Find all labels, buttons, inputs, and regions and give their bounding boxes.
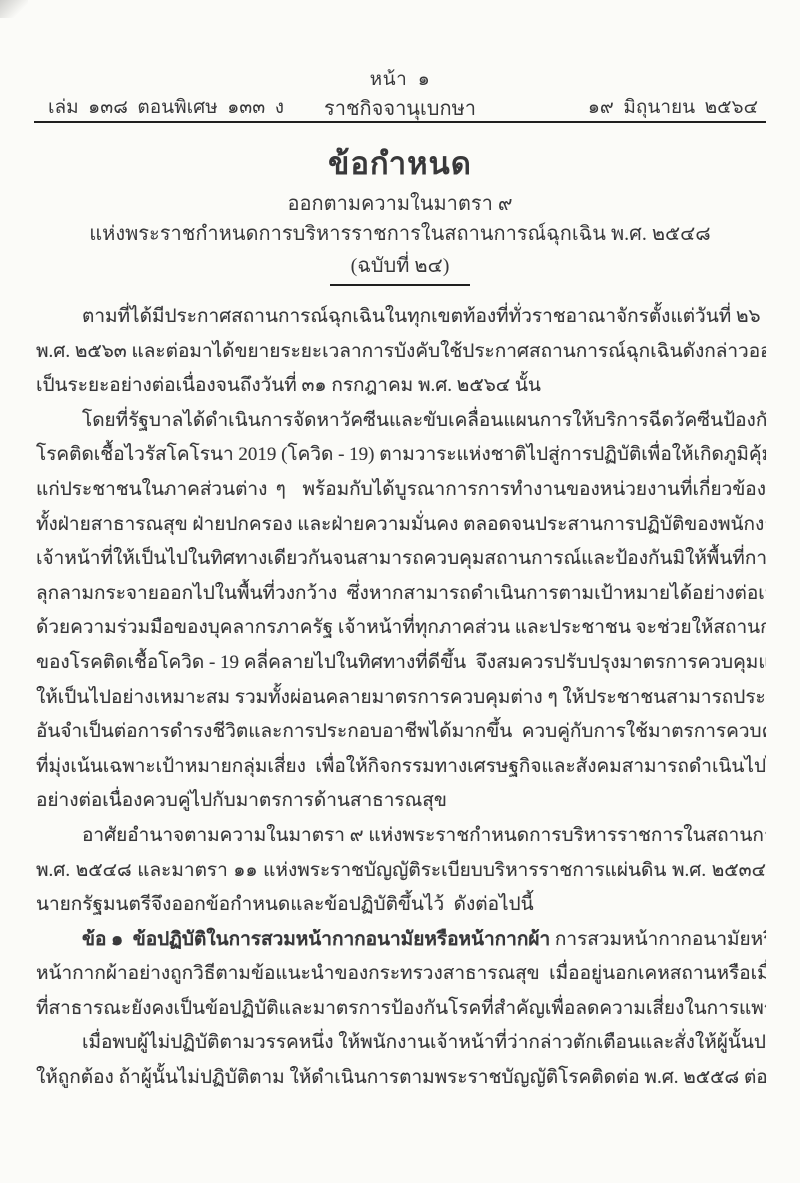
text-line: หน้ากากผ้าอย่างถูกวิธีตามข้อแนะนำของกระท…	[36, 957, 766, 992]
text-line: ของโรคติดเชื้อโควิด - 19 คลี่คลายไปในทิศ…	[36, 646, 766, 681]
text-line: ให้เป็นไปอย่างเหมาะสม รวมทั้งผ่อนคลายมาต…	[36, 681, 766, 716]
text-line: อันจำเป็นต่อการดำรงชีวิตและการประกอบอาชี…	[36, 715, 766, 750]
text-line: เมื่อพบผู้ไม่ปฏิบัติตามวรรคหนึ่ง ให้พนัก…	[36, 1026, 766, 1061]
header-rule	[34, 121, 766, 123]
text-line: แก่ประชาชนในภาคส่วนต่าง ๆ พร้อมกับได้บูร…	[36, 473, 766, 508]
text-line: ที่มุ่งเน้นเฉพาะเป้าหมายกลุ่มเสี่ยง เพื่…	[36, 750, 766, 785]
text-line: เจ้าหน้าที่ให้เป็นไปในทิศทางเดียวกันจนสา…	[36, 542, 766, 577]
gazette-page: หน้า ๑ เล่ม ๑๓๘ ตอนพิเศษ ๑๓๓ ง ราชกิจจาน…	[0, 0, 800, 1183]
text-line: ทั้งฝ่ายสาธารณสุข ฝ่ายปกครอง และฝ่ายความ…	[36, 508, 766, 543]
scan-smudge	[0, 0, 28, 18]
document-body: ตามที่ได้มีประกาศสถานการณ์ฉุกเฉินในทุกเข…	[36, 300, 766, 1096]
text-line: พ.ศ. ๒๕๖๓ และต่อมาได้ขยายระยะเวลาการบังค…	[36, 335, 766, 370]
text-line: ลุกลามกระจายออกไปในพื้นที่วงกว้าง ซึ่งหา…	[36, 577, 766, 612]
volume-issue-label: เล่ม ๑๓๘ ตอนพิเศษ ๑๓๓ ง	[48, 92, 284, 122]
gazette-name: ราชกิจจานุเบกษา	[324, 92, 476, 124]
text-line: ตามที่ได้มีประกาศสถานการณ์ฉุกเฉินในทุกเข…	[36, 300, 766, 335]
title-divider-rule	[330, 284, 470, 286]
publication-date: ๑๙ มิถุนายน ๒๕๖๔	[588, 92, 758, 122]
clause-heading: ข้อ ๑ ข้อปฏิบัติในการสวมหน้ากากอนามัยหรื…	[82, 929, 550, 950]
text-line: ด้วยความร่วมมือของบุคลากรภาครัฐ เจ้าหน้า…	[36, 611, 766, 646]
text-line: อาศัยอำนาจตามความในมาตรา ๙ แห่งพระราชกำห…	[36, 819, 766, 854]
masthead-row: เล่ม ๑๓๘ ตอนพิเศษ ๑๓๓ ง ราชกิจจานุเบกษา …	[36, 92, 764, 118]
clause-text: การสวมหน้ากากอนามัยหรือ	[550, 929, 766, 950]
text-line: พ.ศ. ๒๕๔๘ และมาตรา ๑๑ แห่งพระราชบัญญัติร…	[36, 854, 766, 889]
text-line: นายกรัฐมนตรีจึงออกข้อกำหนดและข้อปฏิบัติข…	[36, 888, 766, 923]
text-line: เป็นระยะอย่างต่อเนื่องจนถึงวันที่ ๓๑ กรก…	[36, 369, 766, 404]
text-line: ที่สาธารณะยังคงเป็นข้อปฏิบัติและมาตรการป…	[36, 992, 766, 1027]
title-subline-issue-no: (ฉบับที่ ๒๔)	[0, 249, 800, 281]
title-subline-act: แห่งพระราชกำหนดการบริหารราชการในสถานการณ…	[0, 217, 800, 249]
text-line: โดยที่รัฐบาลได้ดำเนินการจัดหาวัคซีนและขั…	[36, 404, 766, 439]
document-title: ข้อกำหนด	[0, 138, 800, 188]
title-subline-section: ออกตามความในมาตรา ๙	[0, 187, 800, 219]
text-line: ให้ถูกต้อง ถ้าผู้นั้นไม่ปฏิบัติตาม ให้ดำ…	[36, 1061, 766, 1096]
page-number-label: หน้า ๑	[0, 64, 800, 94]
text-line: ข้อ ๑ ข้อปฏิบัติในการสวมหน้ากากอนามัยหรื…	[36, 923, 766, 958]
text-line: อย่างต่อเนื่องควบคู่ไปกับมาตรการด้านสาธา…	[36, 784, 766, 819]
text-line: โรคติดเชื้อไวรัสโคโรนา 2019 (โควิด - 19)…	[36, 438, 766, 473]
